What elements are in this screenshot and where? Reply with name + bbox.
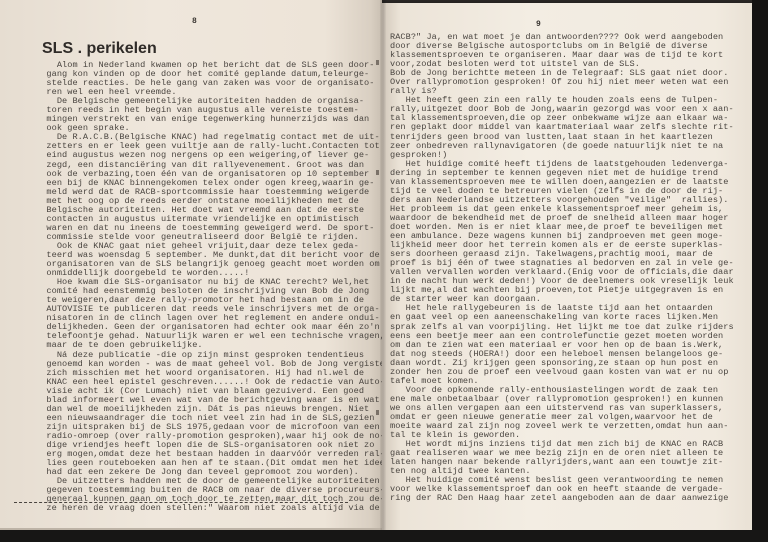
text-line: Over rallypromotion gesproken! Of zou hi… [390, 78, 734, 87]
background-edge [752, 0, 768, 542]
text-line: ring der RAC Den Haag haar zetel aangebo… [390, 494, 734, 503]
right-page: 9 RACB?" Ja, en wat moet je dan antwoord… [382, 3, 752, 531]
staple-mark [376, 60, 379, 65]
left-page-body: Alom in Nederland kwamen op het bericht … [36, 61, 385, 513]
left-page: 8 SLS . perikelen Alom in Nederland kwam… [0, 0, 382, 530]
page-number-right: 9 [536, 20, 541, 29]
page-number-left: 8 [192, 17, 197, 26]
spine-crease [380, 0, 386, 542]
text-line: ze heren de vraag doen stellen:" Waarom … [36, 504, 385, 513]
dashed-separator [14, 502, 348, 503]
article-title: SLS . perikelen [42, 40, 157, 58]
background-bottom [0, 530, 768, 542]
magazine-spread: 8 SLS . perikelen Alom in Nederland kwam… [0, 0, 768, 542]
right-page-body: RACB?" Ja, en wat moet je dan antwoorden… [390, 33, 734, 503]
staple-mark [376, 170, 379, 175]
staple-mark [376, 410, 379, 415]
